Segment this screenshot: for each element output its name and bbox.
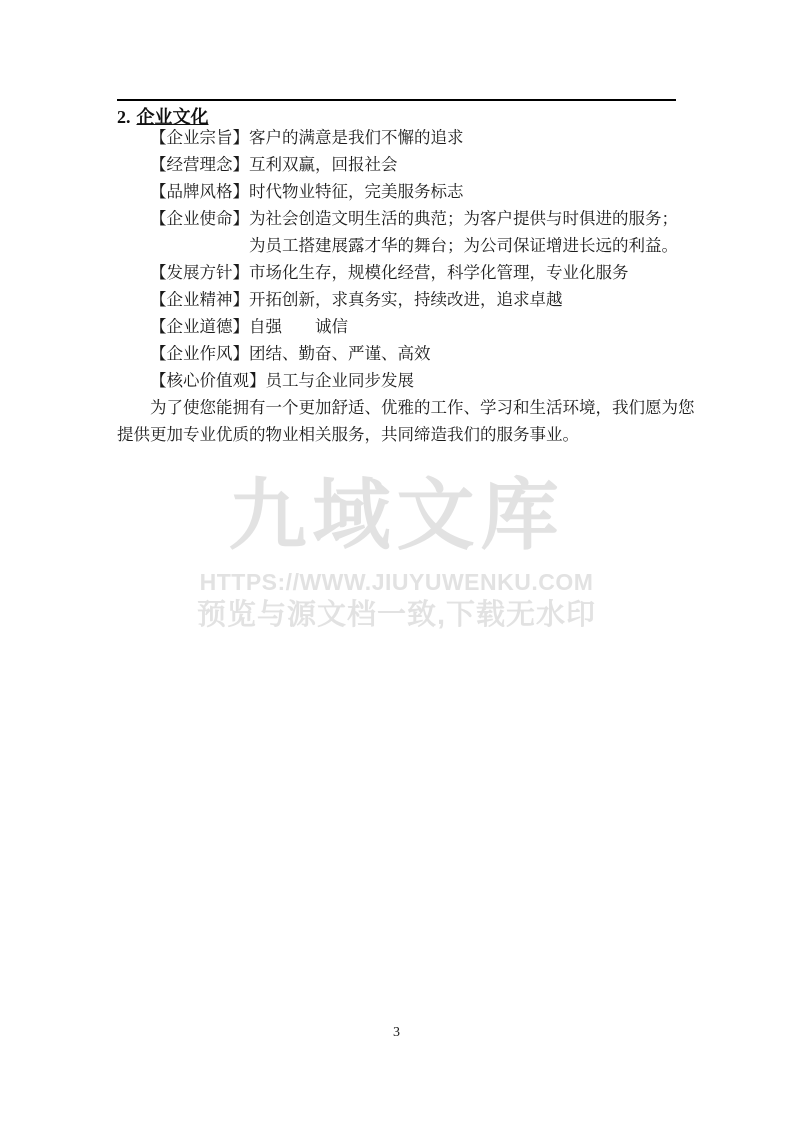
culture-item-brand-style: 【品牌风格】时代物业特征，完美服务标志 <box>117 178 697 205</box>
item-text: 员工与企业同步发展 <box>266 367 415 394</box>
item-label: 【核心价值观】 <box>150 367 266 394</box>
item-label: 【企业宗旨】 <box>150 124 249 151</box>
item-label: 【企业作风】 <box>150 340 249 367</box>
item-text: 团结、勤奋、严谨、高效 <box>249 340 431 367</box>
culture-list: 【企业宗旨】客户的满意是我们不懈的追求 【经营理念】互利双赢，回报社会 【品牌风… <box>117 124 697 394</box>
culture-item-business-philosophy: 【经营理念】互利双赢，回报社会 <box>117 151 697 178</box>
page-number: 3 <box>0 1025 793 1041</box>
item-text: 市场化生存，规模化经营，科学化管理，专业化服务 <box>249 259 629 286</box>
item-text: 互利双赢，回报社会 <box>249 151 398 178</box>
watermark-brand: 九域文库 <box>0 472 793 558</box>
item-label: 【品牌风格】 <box>150 178 249 205</box>
culture-item-development-policy: 【发展方针】市场化生存，规模化经营，科学化管理，专业化服务 <box>117 259 697 286</box>
document-page: 2.企业文化 【企业宗旨】客户的满意是我们不懈的追求 【经营理念】互利双赢，回报… <box>0 0 793 1122</box>
item-label: 【经营理念】 <box>150 151 249 178</box>
header-rule <box>117 99 676 101</box>
culture-item-mission-statement: 【企业宗旨】客户的满意是我们不懈的追求 <box>117 124 697 151</box>
watermark-url: HTTPS://WWW.JIUYUWENKU.COM <box>0 569 793 595</box>
item-text: 开拓创新，求真务实，持续改进，追求卓越 <box>249 286 563 313</box>
item-label: 【企业使命】 <box>150 205 249 232</box>
watermark-tagline: 预览与源文档一致,下载无水印 <box>0 596 793 634</box>
culture-item-corporate-spirit: 【企业精神】开拓创新，求真务实，持续改进，追求卓越 <box>117 286 697 313</box>
item-label: 【企业精神】 <box>150 286 249 313</box>
closing-paragraph: 为了使您能拥有一个更加舒适、优雅的工作、学习和生活环境，我们愿为您 提供更加专业… <box>117 394 699 448</box>
culture-item-core-values: 【核心价值观】员工与企业同步发展 <box>117 367 697 394</box>
item-text: 为社会创造文明生活的典范；为客户提供与时俱进的服务； 为员工搭建展露才华的舞台；… <box>249 205 678 259</box>
item-text: 时代物业特征，完美服务标志 <box>249 178 464 205</box>
item-label: 【企业道德】 <box>150 313 249 340</box>
item-text: 客户的满意是我们不懈的追求 <box>249 124 464 151</box>
item-label: 【发展方针】 <box>150 259 249 286</box>
item-text: 自强 诚信 <box>249 313 348 340</box>
culture-item-corporate-conduct: 【企业作风】团结、勤奋、严谨、高效 <box>117 340 697 367</box>
culture-item-corporate-ethics: 【企业道德】自强 诚信 <box>117 313 697 340</box>
culture-item-corporate-mission: 【企业使命】为社会创造文明生活的典范；为客户提供与时俱进的服务； 为员工搭建展露… <box>117 205 697 259</box>
